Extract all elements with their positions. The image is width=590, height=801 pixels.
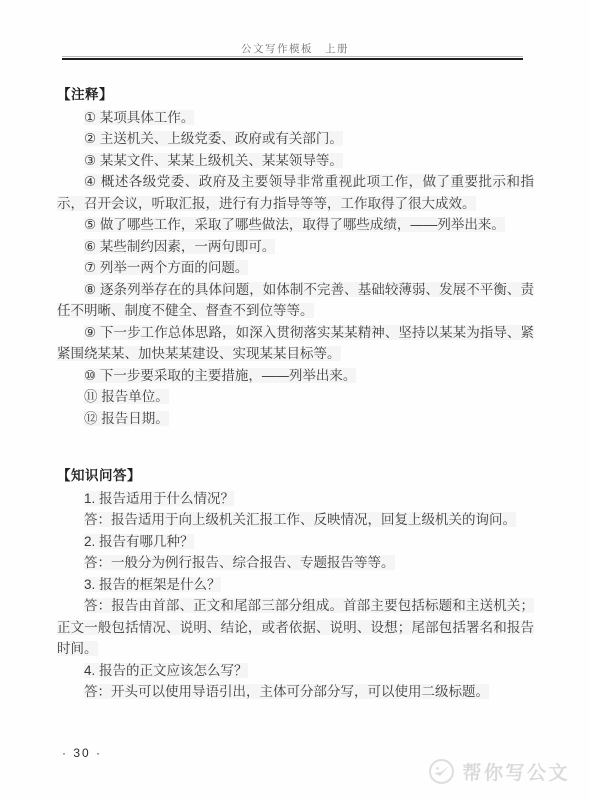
qa-question-1: 1. 报告适用于什么情况？ (57, 488, 534, 510)
qa-section-title: 【知识问答】 (57, 465, 534, 487)
page-content: 【注释】 ① 某项具体工作。 ② 主送机关、上级党委、政府或有关部门。 ③ 某某… (57, 84, 534, 703)
note-item-4: ④ 概述各级党委、政府及主要领导非常重视此项工作，做了重要批示和指示，召开会议，… (57, 171, 534, 214)
brand-watermark: 帮你写公文 (428, 758, 570, 785)
book-page: 公文写作模板 上册 【注释】 ① 某项具体工作。 ② 主送机关、上级党委、政府或… (0, 0, 590, 801)
qa-answer-1: 答：报告适用于向上级机关汇报工作、反映情况，回复上级机关的询问。 (57, 509, 534, 531)
header-rule-thick-line (62, 58, 523, 60)
note-item-12: ⑫ 报告日期。 (57, 408, 534, 430)
note-item-9: ⑨ 下一步工作总体思路，如深入贯彻落实某某精神、坚持以某某为指导、紧紧围绕某某、… (57, 322, 534, 365)
page-number: · 30 · (62, 746, 102, 760)
section-qa: 【知识问答】 1. 报告适用于什么情况？ 答：报告适用于向上级机关汇报工作、反映… (57, 465, 534, 703)
running-head-title: 公文写作模板 上册 (0, 41, 590, 56)
note-item-8: ⑧ 逐条列举存在的具体问题，如体制不完善、基础较薄弱、发展不平衡、责任不明晰、制… (57, 279, 534, 322)
section-notes: 【注释】 ① 某项具体工作。 ② 主送机关、上级党委、政府或有关部门。 ③ 某某… (57, 84, 534, 429)
watermark-text: 帮你写公文 (462, 758, 570, 785)
qa-question-2: 2. 报告有哪几种？ (57, 531, 534, 553)
header-double-rule (62, 56, 523, 60)
note-item-3: ③ 某某文件、某某上级机关、某某领导等。 (57, 150, 534, 172)
note-item-5: ⑤ 做了哪些工作，采取了哪些做法，取得了哪些成绩，——列举出来。 (57, 214, 534, 236)
notes-section-title: 【注释】 (57, 84, 534, 106)
qa-question-3: 3. 报告的框架是什么？ (57, 574, 534, 596)
qa-question-4: 4. 报告的正文应该怎么写？ (57, 660, 534, 682)
note-item-11: ⑪ 报告单位。 (57, 386, 534, 408)
note-item-1: ① 某项具体工作。 (57, 107, 534, 129)
qa-answer-3: 答：报告由首部、正文和尾部三部分组成。首部主要包括标题和主送机关；正文一般包括情… (57, 595, 534, 660)
note-item-7: ⑦ 列举一两个方面的问题。 (57, 257, 534, 279)
note-item-10: ⑩ 下一步要采取的主要措施，——列举出来。 (57, 365, 534, 387)
brand-logo-icon (428, 758, 455, 785)
qa-answer-2: 答：一般分为例行报告、综合报告、专题报告等等。 (57, 552, 534, 574)
qa-answer-4: 答：开头可以使用导语引出，主体可分部分写，可以使用二级标题。 (57, 681, 534, 703)
note-item-2: ② 主送机关、上级党委、政府或有关部门。 (57, 128, 534, 150)
note-item-6: ⑥ 某些制约因素，一两句即可。 (57, 236, 534, 258)
